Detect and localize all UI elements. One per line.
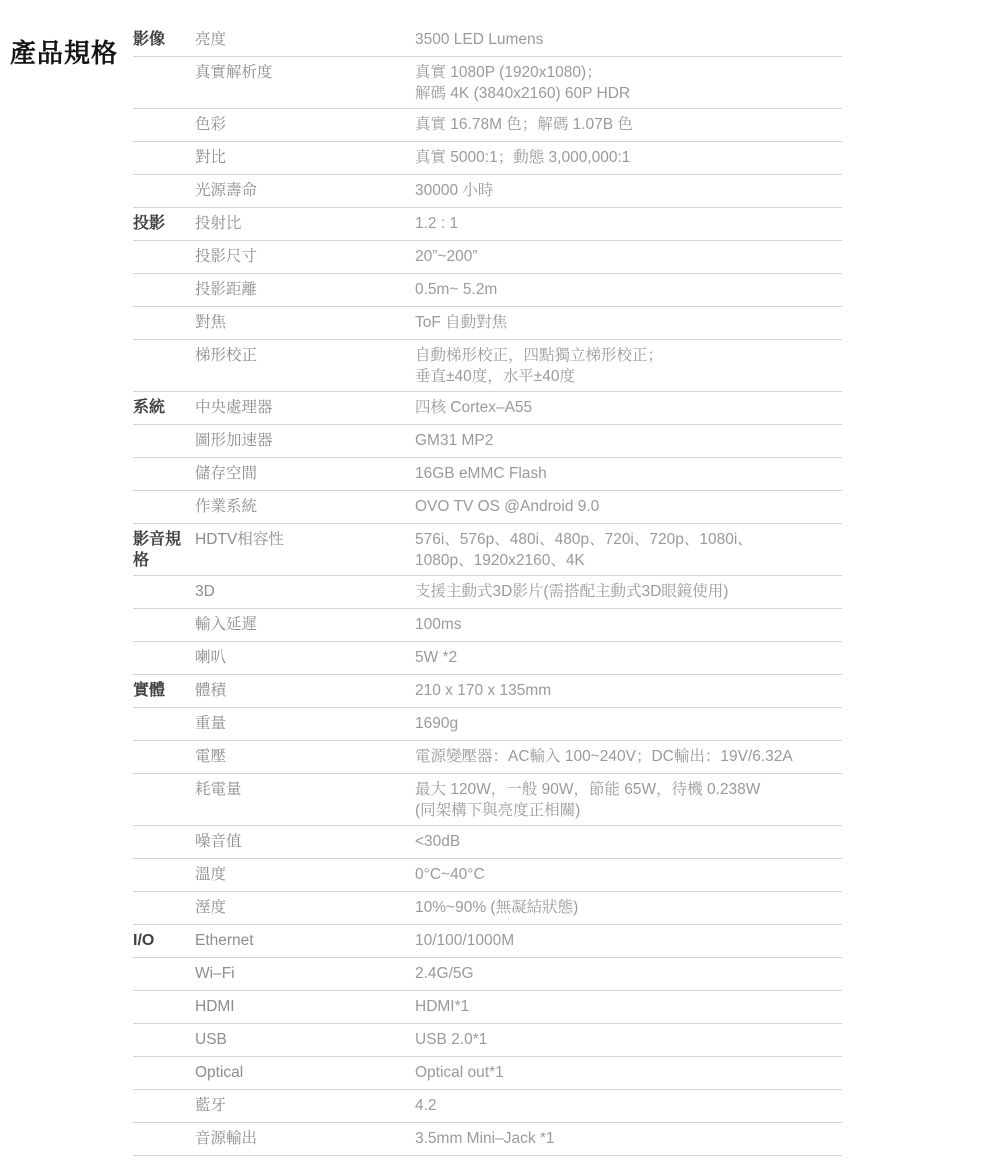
spec-value: USB 2.0*1 [415, 1029, 842, 1050]
spec-section: I/OEthernet10/100/1000MWi–Fi2.4G/5GHDMIH… [133, 925, 842, 1156]
spec-value: 支援主動式3D影片(需搭配主動式3D眼鏡使用) [415, 581, 842, 602]
spec-value-line: 1.2 : 1 [415, 213, 842, 234]
spec-value-line: 16GB eMMC Flash [415, 463, 842, 484]
spec-value-line: 真實 5000:1；動態 3,000,000:1 [415, 147, 842, 168]
spec-value: 4.2 [415, 1095, 842, 1116]
spec-label: 電壓 [195, 746, 415, 767]
spec-label: 對比 [195, 147, 415, 168]
spec-row: 圖形加速器GM31 MP2 [133, 425, 842, 458]
spec-value: 10%~90% (無凝結狀態) [415, 897, 842, 918]
spec-value-line: 電源變壓器：AC輸入 100~240V；DC輸出：19V/6.32A [415, 746, 842, 767]
spec-value-line: HDMI*1 [415, 996, 842, 1017]
spec-value: OVO TV OS @Android 9.0 [415, 496, 842, 517]
spec-label: 溫度 [195, 864, 415, 885]
spec-category-label: I/O [133, 930, 154, 951]
spec-label: 溼度 [195, 897, 415, 918]
spec-label: 投射比 [195, 213, 415, 234]
spec-label: 亮度 [195, 29, 415, 50]
spec-value-line: 四核 Cortex–A55 [415, 397, 842, 418]
spec-section: 投影投射比1.2 : 1投影尺寸20”~200”投影距離0.5m~ 5.2m對焦… [133, 208, 842, 392]
spec-category: 實體 [133, 680, 195, 701]
spec-value: ToF 自動對焦 [415, 312, 842, 333]
spec-row: 藍牙4.2 [133, 1090, 842, 1123]
spec-category: I/O [133, 930, 195, 951]
spec-row: 梯形校正自動梯形校正，四點獨立梯形校正；垂直±40度，水平±40度 [133, 340, 842, 392]
spec-category-label: 影音規格 [133, 529, 185, 571]
spec-row: 電壓電源變壓器：AC輸入 100~240V；DC輸出：19V/6.32A [133, 741, 842, 774]
spec-category-label: 實體 [133, 680, 165, 701]
spec-label: 重量 [195, 713, 415, 734]
spec-value: 100ms [415, 614, 842, 635]
spec-value-line: USB 2.0*1 [415, 1029, 842, 1050]
spec-value: Optical out*1 [415, 1062, 842, 1083]
spec-value: 電源變壓器：AC輸入 100~240V；DC輸出：19V/6.32A [415, 746, 842, 767]
spec-value: 576i、576p、480i、480p、720i、720p、1080i、1080… [415, 529, 842, 571]
spec-row: 溫度0°C~40°C [133, 859, 842, 892]
spec-value-line: 20”~200” [415, 246, 842, 267]
spec-section: 實體體積210 x 170 x 135mm重量1690g電壓電源變壓器：AC輸入… [133, 675, 842, 925]
spec-value-line: ToF 自動對焦 [415, 312, 842, 333]
spec-label: 音源輸出 [195, 1128, 415, 1149]
spec-label: 體積 [195, 680, 415, 701]
spec-value-line: 自動梯形校正，四點獨立梯形校正； [415, 345, 842, 366]
spec-label: HDMI [195, 996, 415, 1017]
spec-row: 作業系統OVO TV OS @Android 9.0 [133, 491, 842, 524]
spec-value-line: 10%~90% (無凝結狀態) [415, 897, 842, 918]
spec-row: 投影投射比1.2 : 1 [133, 208, 842, 241]
spec-label: 藍牙 [195, 1095, 415, 1116]
spec-label: 3D [195, 581, 415, 602]
spec-value: 30000 小時 [415, 180, 842, 201]
spec-value: GM31 MP2 [415, 430, 842, 451]
spec-label: 儲存空間 [195, 463, 415, 484]
spec-label: HDTV相容性 [195, 529, 415, 550]
spec-value-line: 支援主動式3D影片(需搭配主動式3D眼鏡使用) [415, 581, 842, 602]
spec-category-label: 系統 [133, 397, 165, 418]
spec-label: 對焦 [195, 312, 415, 333]
spec-value-line: 解碼 4K (3840x2160) 60P HDR [415, 83, 842, 104]
spec-value-line: 1690g [415, 713, 842, 734]
spec-value-line: 100ms [415, 614, 842, 635]
spec-value-line: 4.2 [415, 1095, 842, 1116]
spec-label: 圖形加速器 [195, 430, 415, 451]
spec-value: 2.4G/5G [415, 963, 842, 984]
spec-row: 耗電量最大 120W，一般 90W，節能 65W，待機 0.238W(同架構下與… [133, 774, 842, 826]
spec-label: 輸入延遲 [195, 614, 415, 635]
spec-label: 喇叭 [195, 647, 415, 668]
spec-value-line: 3.5mm Mini–Jack *1 [415, 1128, 842, 1149]
spec-label: 作業系統 [195, 496, 415, 517]
spec-row: 影像亮度3500 LED Lumens [133, 24, 842, 57]
spec-value: 四核 Cortex–A55 [415, 397, 842, 418]
spec-value-line: 0°C~40°C [415, 864, 842, 885]
spec-value-line: 576i、576p、480i、480p、720i、720p、1080i、 [415, 529, 842, 550]
spec-row: 影音規格HDTV相容性576i、576p、480i、480p、720i、720p… [133, 524, 842, 576]
spec-value: 最大 120W，一般 90W，節能 65W，待機 0.238W(同架構下與亮度正… [415, 779, 842, 821]
spec-label: 耗電量 [195, 779, 415, 800]
spec-label: USB [195, 1029, 415, 1050]
page-title: 產品規格 [10, 33, 118, 70]
spec-row: 對焦ToF 自動對焦 [133, 307, 842, 340]
spec-row: USBUSB 2.0*1 [133, 1024, 842, 1057]
spec-label: 噪音值 [195, 831, 415, 852]
spec-label: 色彩 [195, 114, 415, 135]
spec-value: 真實 5000:1；動態 3,000,000:1 [415, 147, 842, 168]
spec-value-line: 5W *2 [415, 647, 842, 668]
spec-value-line: 210 x 170 x 135mm [415, 680, 842, 701]
spec-value-line: <30dB [415, 831, 842, 852]
spec-label: Wi–Fi [195, 963, 415, 984]
spec-category: 影音規格 [133, 529, 195, 571]
spec-value-line: 真實 1080P (1920x1080)； [415, 62, 842, 83]
spec-category: 投影 [133, 213, 195, 234]
spec-label: Optical [195, 1062, 415, 1083]
spec-value: 1.2 : 1 [415, 213, 842, 234]
spec-label: 光源壽命 [195, 180, 415, 201]
spec-value: HDMI*1 [415, 996, 842, 1017]
spec-value-line: 0.5m~ 5.2m [415, 279, 842, 300]
spec-category-label: 影像 [133, 29, 165, 50]
spec-row: Wi–Fi2.4G/5G [133, 958, 842, 991]
spec-label: Ethernet [195, 930, 415, 951]
spec-value: 16GB eMMC Flash [415, 463, 842, 484]
spec-row: HDMIHDMI*1 [133, 991, 842, 1024]
spec-value: 5W *2 [415, 647, 842, 668]
spec-row: 儲存空間16GB eMMC Flash [133, 458, 842, 491]
spec-row: 實體體積210 x 170 x 135mm [133, 675, 842, 708]
spec-row: OpticalOptical out*1 [133, 1057, 842, 1090]
spec-value-line: 2.4G/5G [415, 963, 842, 984]
spec-label: 真實解析度 [195, 62, 415, 83]
spec-value: 自動梯形校正，四點獨立梯形校正；垂直±40度，水平±40度 [415, 345, 842, 387]
spec-row: 噪音值<30dB [133, 826, 842, 859]
spec-value-line: GM31 MP2 [415, 430, 842, 451]
spec-row: 音源輸出3.5mm Mini–Jack *1 [133, 1123, 842, 1156]
spec-value: <30dB [415, 831, 842, 852]
spec-label: 投影距離 [195, 279, 415, 300]
spec-value-line: 30000 小時 [415, 180, 842, 201]
spec-row: 色彩真實 16.78M 色；解碼 1.07B 色 [133, 109, 842, 142]
spec-value-line: 1080p、1920x2160、4K [415, 550, 842, 571]
spec-row: 重量1690g [133, 708, 842, 741]
spec-label: 梯形校正 [195, 345, 415, 366]
spec-value: 0.5m~ 5.2m [415, 279, 842, 300]
spec-label: 中央處理器 [195, 397, 415, 418]
spec-row: I/OEthernet10/100/1000M [133, 925, 842, 958]
spec-value: 20”~200” [415, 246, 842, 267]
spec-row: 3D支援主動式3D影片(需搭配主動式3D眼鏡使用) [133, 576, 842, 609]
spec-row: 投影尺寸20”~200” [133, 241, 842, 274]
spec-row: 投影距離0.5m~ 5.2m [133, 274, 842, 307]
spec-row: 喇叭5W *2 [133, 642, 842, 675]
spec-value: 真實 1080P (1920x1080)；解碼 4K (3840x2160) 6… [415, 62, 842, 104]
spec-value: 0°C~40°C [415, 864, 842, 885]
spec-category: 影像 [133, 29, 195, 50]
spec-table: 影像亮度3500 LED Lumens真實解析度真實 1080P (1920x1… [133, 24, 842, 1156]
spec-row: 系統中央處理器四核 Cortex–A55 [133, 392, 842, 425]
spec-value: 真實 16.78M 色；解碼 1.07B 色 [415, 114, 842, 135]
spec-row: 光源壽命30000 小時 [133, 175, 842, 208]
spec-value: 3500 LED Lumens [415, 29, 842, 50]
spec-section: 影音規格HDTV相容性576i、576p、480i、480p、720i、720p… [133, 524, 842, 675]
spec-label: 投影尺寸 [195, 246, 415, 267]
spec-section: 系統中央處理器四核 Cortex–A55圖形加速器GM31 MP2儲存空間16G… [133, 392, 842, 524]
spec-value-line: 10/100/1000M [415, 930, 842, 951]
spec-category: 系統 [133, 397, 195, 418]
spec-row: 輸入延遲100ms [133, 609, 842, 642]
spec-value-line: 垂直±40度，水平±40度 [415, 366, 842, 387]
spec-value: 210 x 170 x 135mm [415, 680, 842, 701]
spec-row: 真實解析度真實 1080P (1920x1080)；解碼 4K (3840x21… [133, 57, 842, 109]
spec-section: 影像亮度3500 LED Lumens真實解析度真實 1080P (1920x1… [133, 24, 842, 208]
spec-value: 1690g [415, 713, 842, 734]
spec-category-label: 投影 [133, 213, 165, 234]
spec-row: 對比真實 5000:1；動態 3,000,000:1 [133, 142, 842, 175]
spec-value-line: Optical out*1 [415, 1062, 842, 1083]
spec-value-line: 真實 16.78M 色；解碼 1.07B 色 [415, 114, 842, 135]
spec-row: 溼度10%~90% (無凝結狀態) [133, 892, 842, 925]
spec-value-line: 最大 120W，一般 90W，節能 65W，待機 0.238W [415, 779, 842, 800]
spec-value-line: OVO TV OS @Android 9.0 [415, 496, 842, 517]
spec-value-line: 3500 LED Lumens [415, 29, 842, 50]
spec-value: 10/100/1000M [415, 930, 842, 951]
spec-value-line: (同架構下與亮度正相關) [415, 800, 842, 821]
spec-value: 3.5mm Mini–Jack *1 [415, 1128, 842, 1149]
